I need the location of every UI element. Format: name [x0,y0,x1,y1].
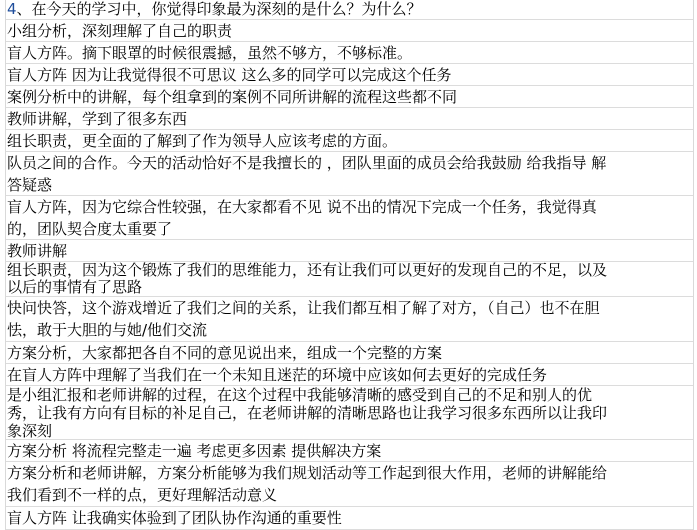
answer-cell[interactable]: 快问快答，这个游戏增近了我们之间的关系，让我们都互相了解了对方，（自己）也不在胆… [6,297,693,342]
answer-text-line: 以后的事情有了思路 [7,279,693,296]
answer-cell[interactable]: 盲人方阵。摘下眼罩的时候很震撼，虽然不够方，不够标准。 [6,42,693,64]
answer-cell[interactable]: 教师讲解，学到了很多东西 [6,108,693,130]
answer-cell[interactable]: 组长职责，更全面的了解到了作为领导人应该考虑的方面。 [6,130,693,152]
answer-cell[interactable]: 盲人方阵，因为它综合性较强，在大家都看不见 说不出的情况下完成一个任务，我觉得真… [6,196,693,240]
question-number: 4 [7,0,17,18]
answer-text-line: 方案分析 将流程完整走一遍 考虑更多因素 提供解决方案 [7,440,693,462]
answer-cell[interactable]: 方案分析 将流程完整走一遍 考虑更多因素 提供解决方案 [6,440,693,462]
answer-text-line: 快问快答，这个游戏增近了我们之间的关系，让我们都互相了解了对方，（自己）也不在胆 [7,297,693,319]
answer-text-line: 是小组汇报和老师讲解的过程，在这个过程中我能够清晰的感受到自己的不足和别人的优 [7,386,693,404]
answer-text-line: 方案分析，大家都把各自不同的意见说出来，组成一个完整的方案 [7,342,693,364]
answer-text-line: 盲人方阵。摘下眼罩的时候很震撼，虽然不够方，不够标准。 [7,42,693,64]
answer-text-line: 盲人方阵 让我确实体验到了团队协作沟通的重要性 [7,507,693,529]
answer-text-line: 方案分析和老师讲解，方案分析能够为我们规划活动等工作起到很大作用，老师的讲解能给 [7,462,693,484]
answer-text-line: 组长职责，更全面的了解到了作为领导人应该考虑的方面。 [7,130,693,152]
answer-cell[interactable]: 盲人方阵 让我确实体验到了团队协作沟通的重要性 [6,507,693,530]
answer-text-line: 小组分析，深刻理解了自己的职责 [7,20,693,42]
answer-text-line: 盲人方阵 因为让我觉得很不可思议 这么多的同学可以完成这个任务 [7,64,693,86]
answer-text-line: 答疑惑 [7,174,693,196]
right-column-border [693,0,694,530]
answer-text-line: 秀，让我有方向有目标的补足自己，在老师讲解的清晰思路也让我学习很多东西所以让我印 [7,404,693,422]
answer-cell[interactable]: 教师讲解 [6,240,693,262]
answer-text-line: 盲人方阵，因为它综合性较强，在大家都看不见 说不出的情况下完成一个任务，我觉得真 [7,196,693,218]
answer-text-line: 象深刻 [7,422,693,440]
answer-text-line: 在盲人方阵中理解了当我们在一个未知且迷茫的环境中应该如何去更好的完成任务 [7,364,693,386]
answer-text-line: 教师讲解，学到了很多东西 [7,108,693,130]
question-header-cell[interactable]: 4、在今天的学习中，你觉得印象最为深刻的是什么？为什么？ [6,0,693,20]
answer-text-line: 我们看到不一样的点，更好理解活动意义 [7,484,693,506]
answer-cell[interactable]: 小组分析，深刻理解了自己的职责 [6,20,693,42]
answer-cell[interactable]: 是小组汇报和老师讲解的过程，在这个过程中我能够清晰的感受到自己的不足和别人的优秀… [6,386,693,440]
answer-text-line: 教师讲解 [7,240,693,262]
answer-text-line: 的，团队契合度太重要了 [7,218,693,240]
answer-cell[interactable]: 方案分析和老师讲解，方案分析能够为我们规划活动等工作起到很大作用，老师的讲解能给… [6,462,693,507]
answer-cell[interactable]: 方案分析，大家都把各自不同的意见说出来，组成一个完整的方案 [6,342,693,364]
answer-cell[interactable]: 队员之间的合作。今天的活动恰好不是我擅长的 ，团队里面的成员会给我鼓励 给我指导… [6,152,693,196]
answer-cell[interactable]: 盲人方阵 因为让我觉得很不可思议 这么多的同学可以完成这个任务 [6,64,693,86]
question-text: 、在今天的学习中，你觉得印象最为深刻的是什么？为什么？ [17,0,422,18]
answer-text-line: 队员之间的合作。今天的活动恰好不是我擅长的 ，团队里面的成员会给我鼓励 给我指导… [7,152,693,174]
answer-text-line: 案例分析中的讲解，每个组拿到的案例不同所讲解的流程这些都不同 [7,86,693,108]
answer-cell[interactable]: 案例分析中的讲解，每个组拿到的案例不同所讲解的流程这些都不同 [6,86,693,108]
answer-text-line: 组长职责，因为这个锻炼了我们的思维能力，还有让我们可以更好的发现自己的不足，以及 [7,262,693,279]
answer-text-line: 怯，敢于大胆的与她/他们交流 [7,319,693,341]
answer-cell[interactable]: 组长职责，因为这个锻炼了我们的思维能力，还有让我们可以更好的发现自己的不足，以及… [6,262,693,297]
answer-cell[interactable]: 在盲人方阵中理解了当我们在一个未知且迷茫的环境中应该如何去更好的完成任务 [6,364,693,386]
